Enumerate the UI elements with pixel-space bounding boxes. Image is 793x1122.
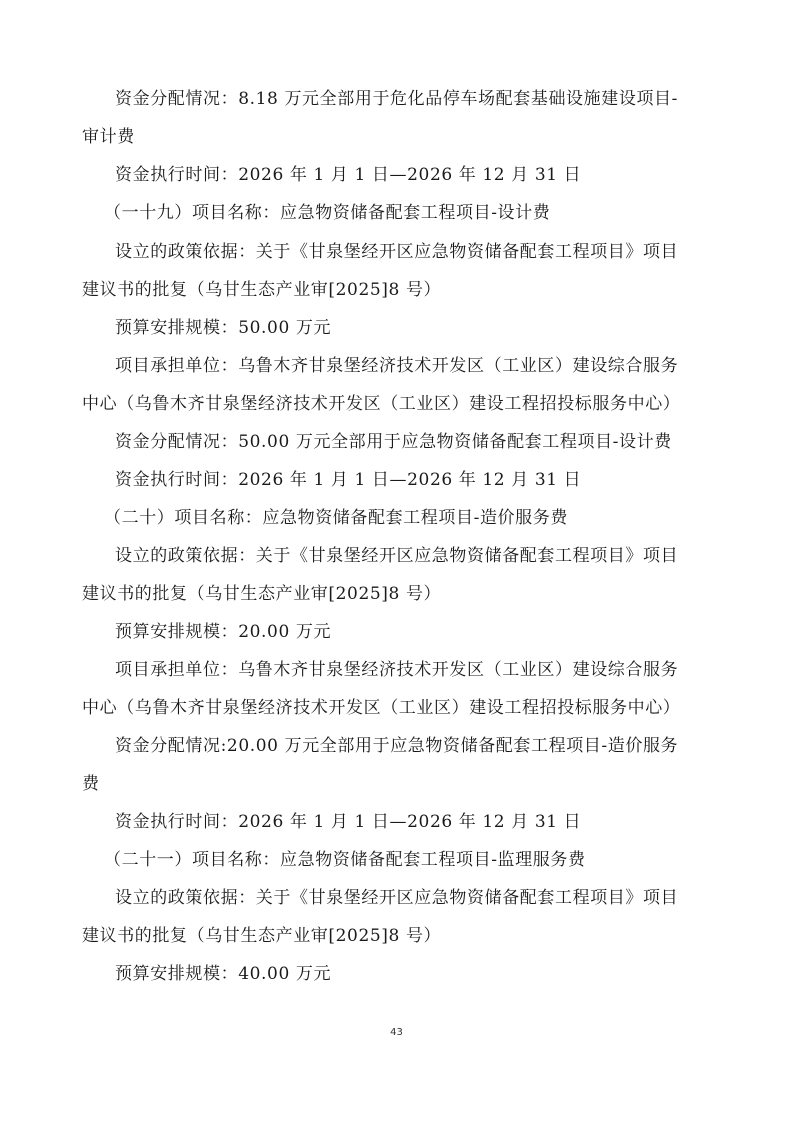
execution-time-line: 资金执行时间：2026 年 1 月 1 日—2026 年 12 月 31 日: [115, 470, 581, 490]
budget-scale-line: 预算安排规模：40.00 万元: [115, 964, 331, 984]
budget-scale-line: 预算安排规模：20.00 万元: [115, 622, 331, 642]
fund-allocation-continuation: 费: [82, 774, 100, 794]
responsible-unit-line: 项目承担单位：乌鲁木齐甘泉堡经济技术开发区（工业区）建设综合服务: [115, 356, 678, 376]
page-number: 43: [0, 1027, 793, 1038]
project-21-title: （二十一）项目名称：应急物资储备配套工程项目-监理服务费: [104, 850, 586, 870]
policy-basis-line: 设立的政策依据：关于《甘泉堡经开区应急物资储备配套工程项目》项目: [115, 546, 678, 566]
policy-basis-continuation: 建议书的批复（乌甘生态产业审[2025]8 号）: [82, 280, 441, 300]
responsible-unit-line: 项目承担单位：乌鲁木齐甘泉堡经济技术开发区（工业区）建设综合服务: [115, 660, 678, 680]
policy-basis-continuation: 建议书的批复（乌甘生态产业审[2025]8 号）: [82, 926, 441, 946]
document-page: 资金分配情况：8.18 万元全部用于危化品停车场配套基础设施建设项目- 审计费 …: [0, 0, 793, 1122]
budget-scale-line: 预算安排规模：50.00 万元: [115, 318, 331, 338]
fund-allocation-line: 资金分配情况：50.00 万元全部用于应急物资储备配套工程项目-设计费: [115, 432, 672, 452]
responsible-unit-continuation: 中心（乌鲁木齐甘泉堡经济技术开发区（工业区）建设工程招投标服务中心）: [82, 698, 680, 718]
fund-allocation-line: 资金分配情况:20.00 万元全部用于应急物资储备配套工程项目-造价服务: [115, 736, 678, 756]
fund-allocation-continuation: 审计费: [82, 127, 135, 147]
project-19-title: （一十九）项目名称：应急物资储备配套工程项目-设计费: [104, 203, 550, 223]
execution-time-line: 资金执行时间：2026 年 1 月 1 日—2026 年 12 月 31 日: [115, 165, 581, 185]
responsible-unit-continuation: 中心（乌鲁木齐甘泉堡经济技术开发区（工业区）建设工程招投标服务中心）: [82, 394, 680, 414]
fund-allocation-line: 资金分配情况：8.18 万元全部用于危化品停车场配套基础设施建设项目-: [115, 89, 678, 109]
policy-basis-line: 设立的政策依据：关于《甘泉堡经开区应急物资储备配套工程项目》项目: [115, 242, 678, 262]
execution-time-line: 资金执行时间：2026 年 1 月 1 日—2026 年 12 月 31 日: [115, 812, 581, 832]
policy-basis-line: 设立的政策依据：关于《甘泉堡经开区应急物资储备配套工程项目》项目: [115, 888, 678, 908]
policy-basis-continuation: 建议书的批复（乌甘生态产业审[2025]8 号）: [82, 584, 441, 604]
project-20-title: （二十）项目名称：应急物资储备配套工程项目-造价服务费: [104, 508, 568, 528]
